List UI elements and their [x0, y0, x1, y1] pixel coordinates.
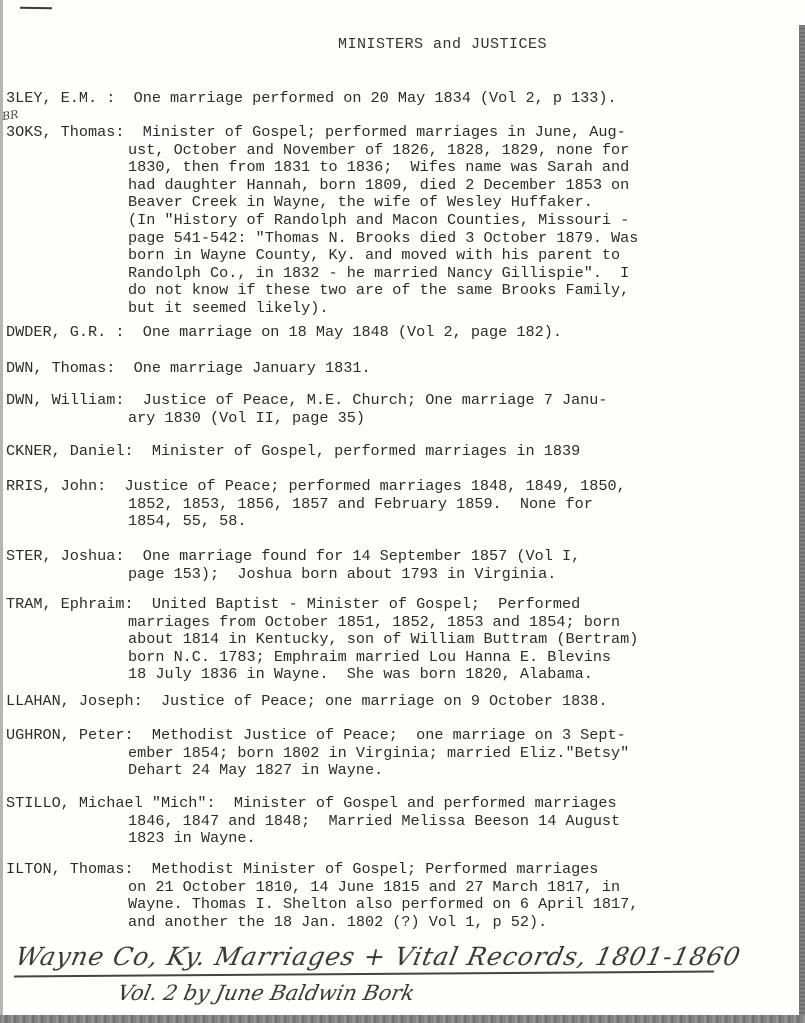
margin-annotation: BR — [1, 108, 19, 123]
entry-continuation-line: Beaver Creek in Wayne, the wife of Wesle… — [6, 194, 638, 212]
entry: DWDER, G.R. : One marriage on 18 May 184… — [6, 324, 562, 342]
entry-heading-line: LLAHAN, Joseph: Justice of Peace; one ma… — [6, 693, 608, 711]
entry-continuation-line: Randolph Co., in 1832 - he married Nancy… — [6, 265, 638, 283]
scanned-page: MINISTERS and JUSTICES BR 3LEY, E.M. : O… — [0, 0, 805, 1023]
entry: UGHRON, Peter: Methodist Justice of Peac… — [6, 727, 629, 780]
handwritten-source-title: Wayne Co, Ky. Marriages + Vital Records,… — [13, 942, 744, 971]
entry: 3LEY, E.M. : One marriage performed on 2… — [6, 90, 617, 108]
entry-continuation-line: 1852, 1853, 1856, 1857 and February 1859… — [6, 496, 626, 514]
entry-continuation-line: ember 1854; born 1802 in Virginia; marri… — [6, 745, 629, 763]
entry: RRIS, John: Justice of Peace; performed … — [6, 478, 626, 531]
entry-heading-line: UGHRON, Peter: Methodist Justice of Peac… — [6, 727, 629, 745]
entry: LLAHAN, Joseph: Justice of Peace; one ma… — [6, 693, 608, 711]
entry-heading-line: STILLO, Michael "Mich": Minister of Gosp… — [6, 795, 620, 813]
entry-heading-line: TRAM, Ephraim: United Baptist - Minister… — [6, 596, 638, 614]
entry-continuation-line: 1830, then from 1831 to 1836; Wifes name… — [6, 159, 638, 177]
entry-continuation-line: born in Wayne County, Ky. and moved with… — [6, 247, 638, 265]
entry-continuation-line: page 541-542: "Thomas N. Brooks died 3 O… — [6, 230, 638, 248]
entry: DWN, Thomas: One marriage January 1831. — [6, 360, 371, 378]
entry-heading-line: ILTON, Thomas: Methodist Minister of Gos… — [6, 861, 638, 879]
entry-heading-line: CKNER, Daniel: Minister of Gospel, perfo… — [6, 443, 580, 461]
entry-continuation-line: but it seemed likely). — [6, 300, 638, 318]
entry-continuation-line: marriages from October 1851, 1852, 1853 … — [6, 614, 638, 632]
entry-continuation-line: and another the 18 Jan. 1802 (?) Vol 1, … — [6, 914, 638, 932]
top-pen-mark — [20, 7, 52, 10]
entry: ILTON, Thomas: Methodist Minister of Gos… — [6, 861, 638, 931]
entry-heading-line: 3OKS, Thomas: Minister of Gospel; perfor… — [6, 124, 638, 142]
entry: TRAM, Ephraim: United Baptist - Minister… — [6, 596, 638, 684]
entry-continuation-line: (In "History of Randolph and Macon Count… — [6, 212, 638, 230]
page-title: MINISTERS and JUSTICES — [0, 36, 805, 53]
entry-continuation-line: about 1814 in Kentucky, son of William B… — [6, 631, 638, 649]
entry-heading-line: RRIS, John: Justice of Peace; performed … — [6, 478, 626, 496]
entry-heading-line: 3LEY, E.M. : One marriage performed on 2… — [6, 90, 617, 108]
handwritten-underline — [14, 971, 714, 977]
scan-left-edge — [0, 0, 3, 1023]
entry-continuation-line: ust, October and November of 1826, 1828,… — [6, 142, 638, 160]
entry-continuation-line: ary 1830 (Vol II, page 35) — [6, 410, 608, 428]
entry-continuation-line: had daughter Hannah, born 1809, died 2 D… — [6, 177, 638, 195]
entry-heading-line: DWN, William: Justice of Peace, M.E. Chu… — [6, 392, 608, 410]
entry-continuation-line: 1854, 55, 58. — [6, 513, 626, 531]
entry-heading-line: DWN, Thomas: One marriage January 1831. — [6, 360, 371, 378]
entry-continuation-line: page 153); Joshua born about 1793 in Vir… — [6, 566, 580, 584]
entry: CKNER, Daniel: Minister of Gospel, perfo… — [6, 443, 580, 461]
scan-bottom-edge — [0, 1015, 805, 1023]
entry-continuation-line: 1846, 1847 and 1848; Married Melissa Bee… — [6, 813, 620, 831]
entry-continuation-line: Wayne. Thomas I. Shelton also performed … — [6, 896, 638, 914]
entry-heading-line: STER, Joshua: One marriage found for 14 … — [6, 548, 580, 566]
entry: 3OKS, Thomas: Minister of Gospel; perfor… — [6, 124, 638, 318]
entry-continuation-line: 1823 in Wayne. — [6, 830, 620, 848]
entry-continuation-line: on 21 October 1810, 14 June 1815 and 27 … — [6, 879, 638, 897]
entry: DWN, William: Justice of Peace, M.E. Chu… — [6, 392, 608, 427]
entry-continuation-line: Dehart 24 May 1827 in Wayne. — [6, 762, 629, 780]
entry-heading-line: DWDER, G.R. : One marriage on 18 May 184… — [6, 324, 562, 342]
entry-continuation-line: 18 July 1836 in Wayne. She was born 1820… — [6, 666, 638, 684]
scan-right-edge — [799, 25, 805, 1023]
handwritten-source-author: Vol. 2 by June Baldwin Bork — [115, 981, 416, 1005]
entry: STILLO, Michael "Mich": Minister of Gosp… — [6, 795, 620, 848]
entry-continuation-line: do not know if these two are of the same… — [6, 282, 638, 300]
entry: STER, Joshua: One marriage found for 14 … — [6, 548, 580, 583]
entry-continuation-line: born N.C. 1783; Emphraim married Lou Han… — [6, 649, 638, 667]
